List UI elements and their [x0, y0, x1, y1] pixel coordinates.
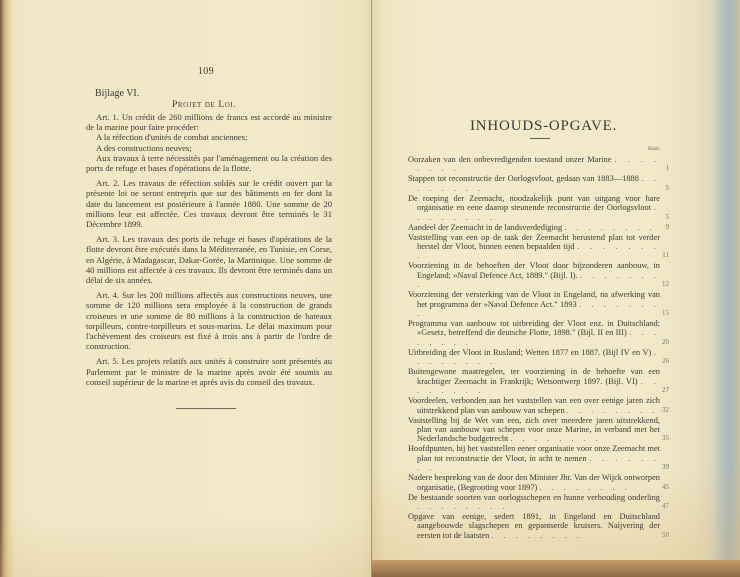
toc-entry-page: 20	[655, 338, 669, 347]
toc-entry-page: 39	[655, 463, 669, 472]
appendix-label: Bijlage VI.	[95, 88, 139, 99]
article-2: Art. 2. Les travaux de réfection soldés …	[86, 178, 332, 229]
toc-entry-page: 26	[655, 357, 669, 366]
toc-entry-text: De bestaande soorten van oorlogsschepen …	[408, 493, 660, 502]
toc-entry-text: De roeping der Zeemacht, noodzakelijk pu…	[408, 194, 660, 212]
dot-leader: . . . . . . . .	[510, 434, 601, 443]
dot-leader: . . . . . . . .	[491, 531, 582, 540]
toc-entry: Nadere bespreking van de door den Minist…	[408, 473, 660, 492]
article-1: Art. 1. Un crédit de 260 millions de fra…	[86, 112, 332, 132]
toc-entry: Programma van aanbouw tot uitbreiding de…	[408, 319, 660, 347]
toc-entry-text: Stappen tot reconstructie der Oorlogsvlo…	[408, 174, 639, 183]
article-1-item-a: A la réfection d'unités de combat ancien…	[86, 132, 332, 142]
article-4: Art. 4. Sur les 200 millions affectés au…	[86, 290, 332, 351]
toc-entry: Aandeel der Zeemacht in de landsverdedig…	[408, 223, 660, 232]
page-column-header: Blads.	[648, 147, 661, 152]
toc-entry-text: Aandeel der Zeemacht in de landsverdedig…	[408, 223, 562, 232]
toc-entry: Opgave van eenige, sedert 1891, in Engel…	[408, 512, 660, 540]
toc-entry: Voorziening der versterking van de Vloot…	[408, 290, 660, 318]
toc-entry-text: Buitengewone maatregelen, ter voorzienin…	[408, 367, 660, 385]
toc-entry: Vaststelling van een op de taak der Zeem…	[408, 233, 660, 261]
article-1-item-b: A des constructions neuves;	[86, 143, 332, 153]
toc-entry-page: 15	[655, 309, 669, 318]
book-spine	[371, 0, 372, 577]
toc-entry: De roeping der Zeemacht, noodzakelijk pu…	[408, 194, 660, 222]
toc-entry: Vaststelling bij de Wet van een, zich ov…	[408, 416, 660, 444]
law-title: Projet de Loi.	[172, 100, 236, 110]
toc-entry-text: Oorzaken van den onbevredigenden toestan…	[408, 155, 611, 164]
toc-entry: Buitengewone maatregelen, ter voorzienin…	[408, 367, 660, 395]
toc-entry-page: 1	[655, 164, 669, 173]
toc-entry-page: 47	[655, 502, 669, 511]
book-spread: 109 Bijlage VI. Projet de Loi. Art. 1. U…	[0, 0, 740, 577]
toc-entry-page: 27	[655, 386, 669, 395]
toc-entry: Uitbreiding der Vloot in Rusland; Wetten…	[408, 348, 660, 367]
toc-entry-page: 5	[655, 213, 669, 222]
dot-leader: . . . . . . . .	[539, 483, 630, 492]
toc-entry-page: 11	[655, 251, 669, 260]
toc-entry: Voordeelen, verbonden aan het vaststelle…	[408, 396, 660, 415]
dot-leader: . . . . . . . .	[564, 223, 655, 232]
toc-entry-text: Programma van aanbouw tot uitbreiding de…	[408, 319, 660, 337]
toc-entry-page: 32	[655, 406, 669, 415]
toc-title: INHOUDS-OPGAVE.	[470, 118, 617, 135]
toc-entry-page: 50	[655, 531, 669, 540]
toc-entry-page: 35	[655, 434, 669, 443]
end-rule-divider	[176, 408, 236, 409]
toc-entry-text: Uitbreiding der Vloot in Rusland; Wetten…	[408, 348, 651, 357]
toc-entry: De bestaande soorten van oorlogsschepen …	[408, 493, 660, 512]
toc-entry-page: 12	[655, 280, 669, 289]
toc-entry-page: 9	[655, 223, 669, 232]
title-rule-divider	[530, 138, 550, 139]
article-3: Art. 3. Les travaux des ports de refuge …	[86, 234, 332, 285]
toc-entry-page: 5	[655, 184, 669, 193]
toc-entry: Hoofdpunten, bij het vaststellen eener o…	[408, 444, 660, 472]
article-5: Art. 5. Les projets relatifs aux unités …	[86, 356, 332, 387]
toc-entry: Stappen tot reconstructie der Oorlogsvlo…	[408, 174, 660, 193]
table-of-contents: Oorzaken van den onbevredigenden toestan…	[408, 155, 668, 541]
toc-entry: Oorzaken van den onbevredigenden toestan…	[408, 155, 660, 174]
page-bottom-edge	[372, 560, 740, 577]
dot-leader: . . . . . . . .	[567, 406, 658, 415]
dot-leader: . . . . . . . .	[417, 502, 508, 511]
toc-entry-page: 45	[655, 483, 669, 492]
law-articles: Art. 1. Un crédit de 260 millions de fra…	[86, 112, 332, 392]
page-number: 109	[198, 66, 214, 77]
article-1-item-c: Aux travaux à terre nécessités par l'amé…	[86, 153, 332, 173]
toc-entry: Voorziening in de behoeften der Vloot do…	[408, 261, 660, 289]
